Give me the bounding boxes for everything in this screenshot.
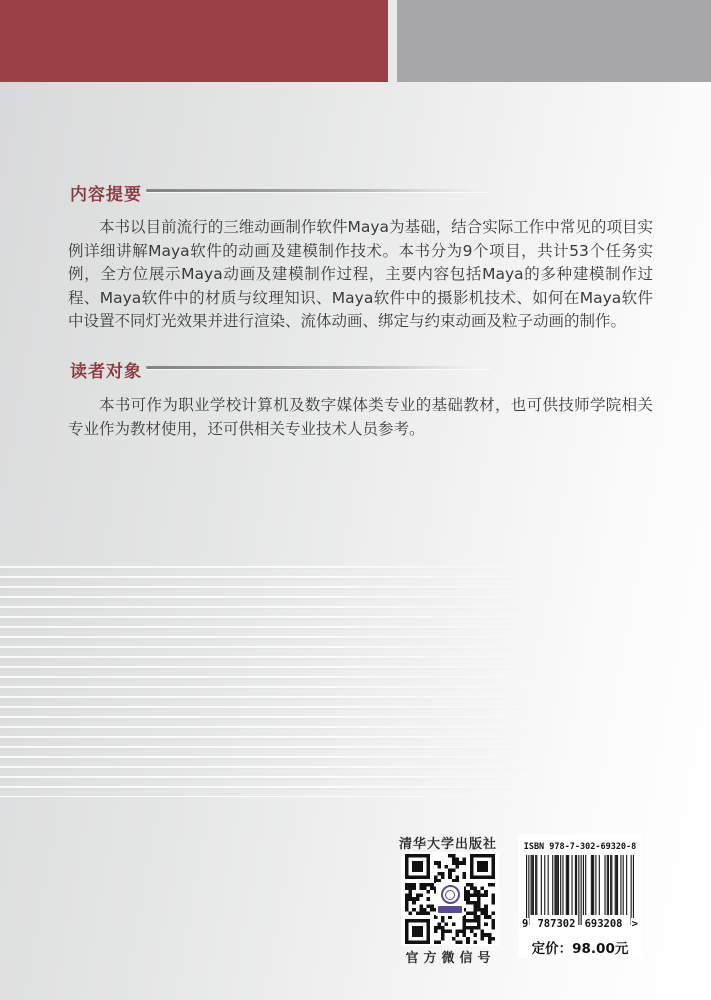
ean-digit-group2: 693208 xyxy=(584,918,624,930)
ean-digit-left: 9 xyxy=(521,918,529,930)
barcode-bars xyxy=(526,855,634,927)
publisher-seal-icon xyxy=(436,882,464,916)
ean-digits: 9 787302 693208 > xyxy=(521,918,639,930)
price-label: 定价：98.00元 xyxy=(518,937,642,957)
section-title-audience: 读者对象 xyxy=(70,357,142,382)
section-title-summary: 内容提要 xyxy=(70,180,142,205)
isbn-barcode-box: ISBN 978-7-302-69320-8 9 787302 693208 >… xyxy=(518,834,642,958)
top-red-band xyxy=(0,0,388,82)
book-back-cover: 内容提要 本书以目前流行的三维动画制作软件Maya为基础，结合实际工作中常见的项… xyxy=(0,0,711,1000)
section-body-summary: 本书以目前流行的三维动画制作软件Maya为基础，结合实际工作中常见的项目实例详细… xyxy=(68,216,653,334)
section-body-audience: 本书可作为职业学校计算机及数字媒体类专业的基础教材，也可供技师学院相关专业作为教… xyxy=(68,394,653,441)
publisher-name: 清华大学出版社 xyxy=(394,833,502,852)
isbn-label: ISBN 978-7-302-69320-8 xyxy=(518,842,642,852)
top-gray-band xyxy=(397,0,711,82)
section-rule-summary xyxy=(146,189,490,192)
stripe-texture xyxy=(0,566,600,797)
section-rule-audience xyxy=(146,366,490,369)
ean-digit-group1: 787302 xyxy=(536,918,576,930)
wechat-label: 官方微信号 xyxy=(394,947,502,966)
ean-arrow: > xyxy=(631,918,639,930)
wechat-qr-code xyxy=(401,852,499,946)
